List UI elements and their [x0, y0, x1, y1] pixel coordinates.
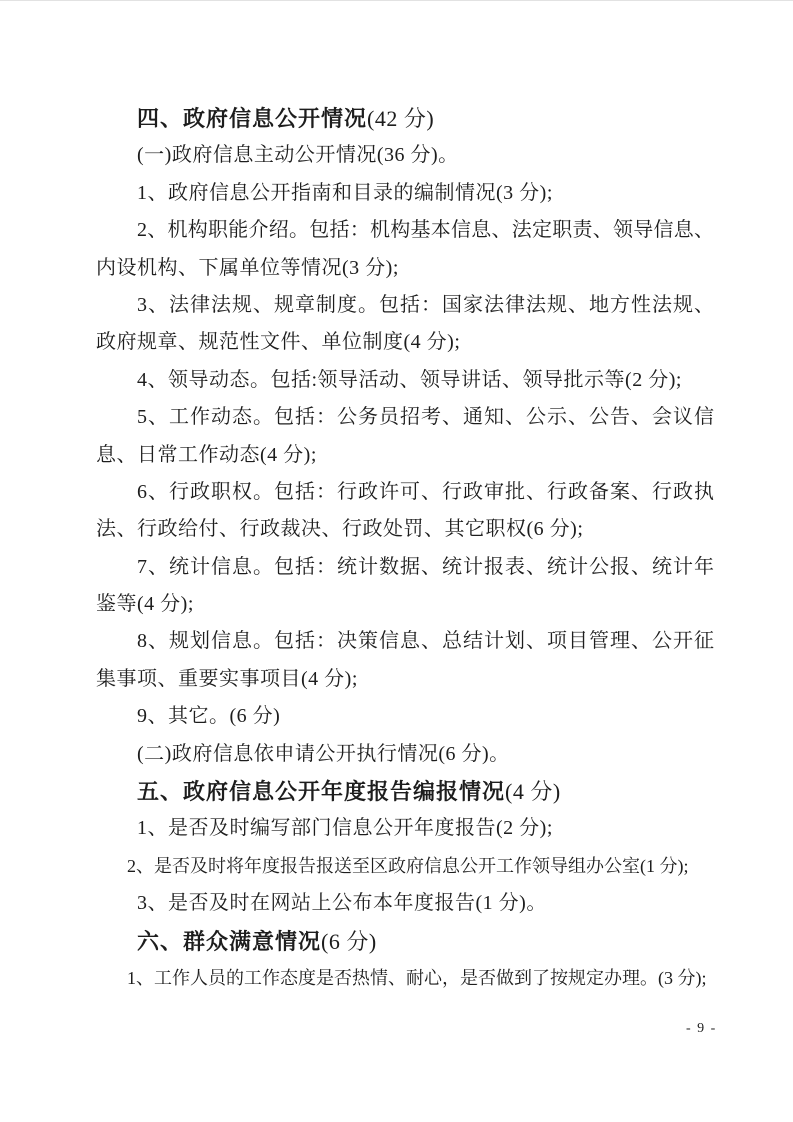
text-line: 1、政府信息公开指南和目录的编制情况(3 分); — [96, 175, 714, 212]
text-line: 8、规划信息。包括：决策信息、总结计划、项目管理、公开征 — [96, 623, 714, 660]
heading-text: 六、群众满意情况 — [137, 929, 321, 954]
document-lines: 四、政府信息公开情况(42 分)(一)政府信息主动公开情况(36 分)。1、政府… — [96, 100, 714, 997]
text-line: 鉴等(4 分); — [96, 586, 714, 623]
heading-score: (6 分) — [321, 929, 377, 954]
heading-score: (4 分) — [505, 779, 561, 804]
text-line: (一)政府信息主动公开情况(36 分)。 — [96, 137, 714, 174]
document-page: 四、政府信息公开情况(42 分)(一)政府信息主动公开情况(36 分)。1、政府… — [0, 0, 793, 1122]
text-line: (二)政府信息依申请公开执行情况(6 分)。 — [96, 736, 714, 773]
text-line: 1、工作人员的工作态度是否热情、耐心，是否做到了按规定办理。(3 分); — [96, 960, 714, 997]
text-line: 政府规章、规范性文件、单位制度(4 分); — [96, 324, 714, 361]
text-line: 5、工作动态。包括：公务员招考、通知、公示、公告、会议信 — [96, 399, 714, 436]
heading-text: 五、政府信息公开年度报告编报情况 — [137, 779, 505, 804]
page-number: - 9 - — [686, 1021, 717, 1037]
text-line: 7、统计信息。包括：统计数据、统计报表、统计公报、统计年 — [96, 549, 714, 586]
text-line: 2、机构职能介绍。包括：机构基本信息、法定职责、领导信息、 — [96, 212, 714, 249]
text-line: 1、是否及时编写部门信息公开年度报告(2 分); — [96, 810, 714, 847]
text-line: 内设机构、下属单位等情况(3 分); — [96, 250, 714, 287]
section-heading: 六、群众满意情况(6 分) — [96, 923, 714, 960]
section-heading: 四、政府信息公开情况(42 分) — [96, 100, 714, 137]
text-line: 3、法律法规、规章制度。包括：国家法律法规、地方性法规、 — [96, 287, 714, 324]
heading-score: (42 分) — [367, 106, 434, 131]
text-line: 6、行政职权。包括：行政许可、行政审批、行政备案、行政执 — [96, 474, 714, 511]
section-heading: 五、政府信息公开年度报告编报情况(4 分) — [96, 773, 714, 810]
text-line: 3、是否及时在网站上公布本年度报告(1 分)。 — [96, 885, 714, 922]
text-line: 法、行政给付、行政裁决、行政处罚、其它职权(6 分); — [96, 511, 714, 548]
text-line: 2、是否及时将年度报告报送至区政府信息公开工作领导组办公室(1 分); — [96, 848, 714, 885]
text-line: 4、领导动态。包括:领导活动、领导讲话、领导批示等(2 分); — [96, 362, 714, 399]
text-line: 9、其它。(6 分) — [96, 698, 714, 735]
text-line: 息、日常工作动态(4 分); — [96, 437, 714, 474]
heading-text: 四、政府信息公开情况 — [137, 106, 367, 131]
text-line: 集事项、重要实事项目(4 分); — [96, 661, 714, 698]
